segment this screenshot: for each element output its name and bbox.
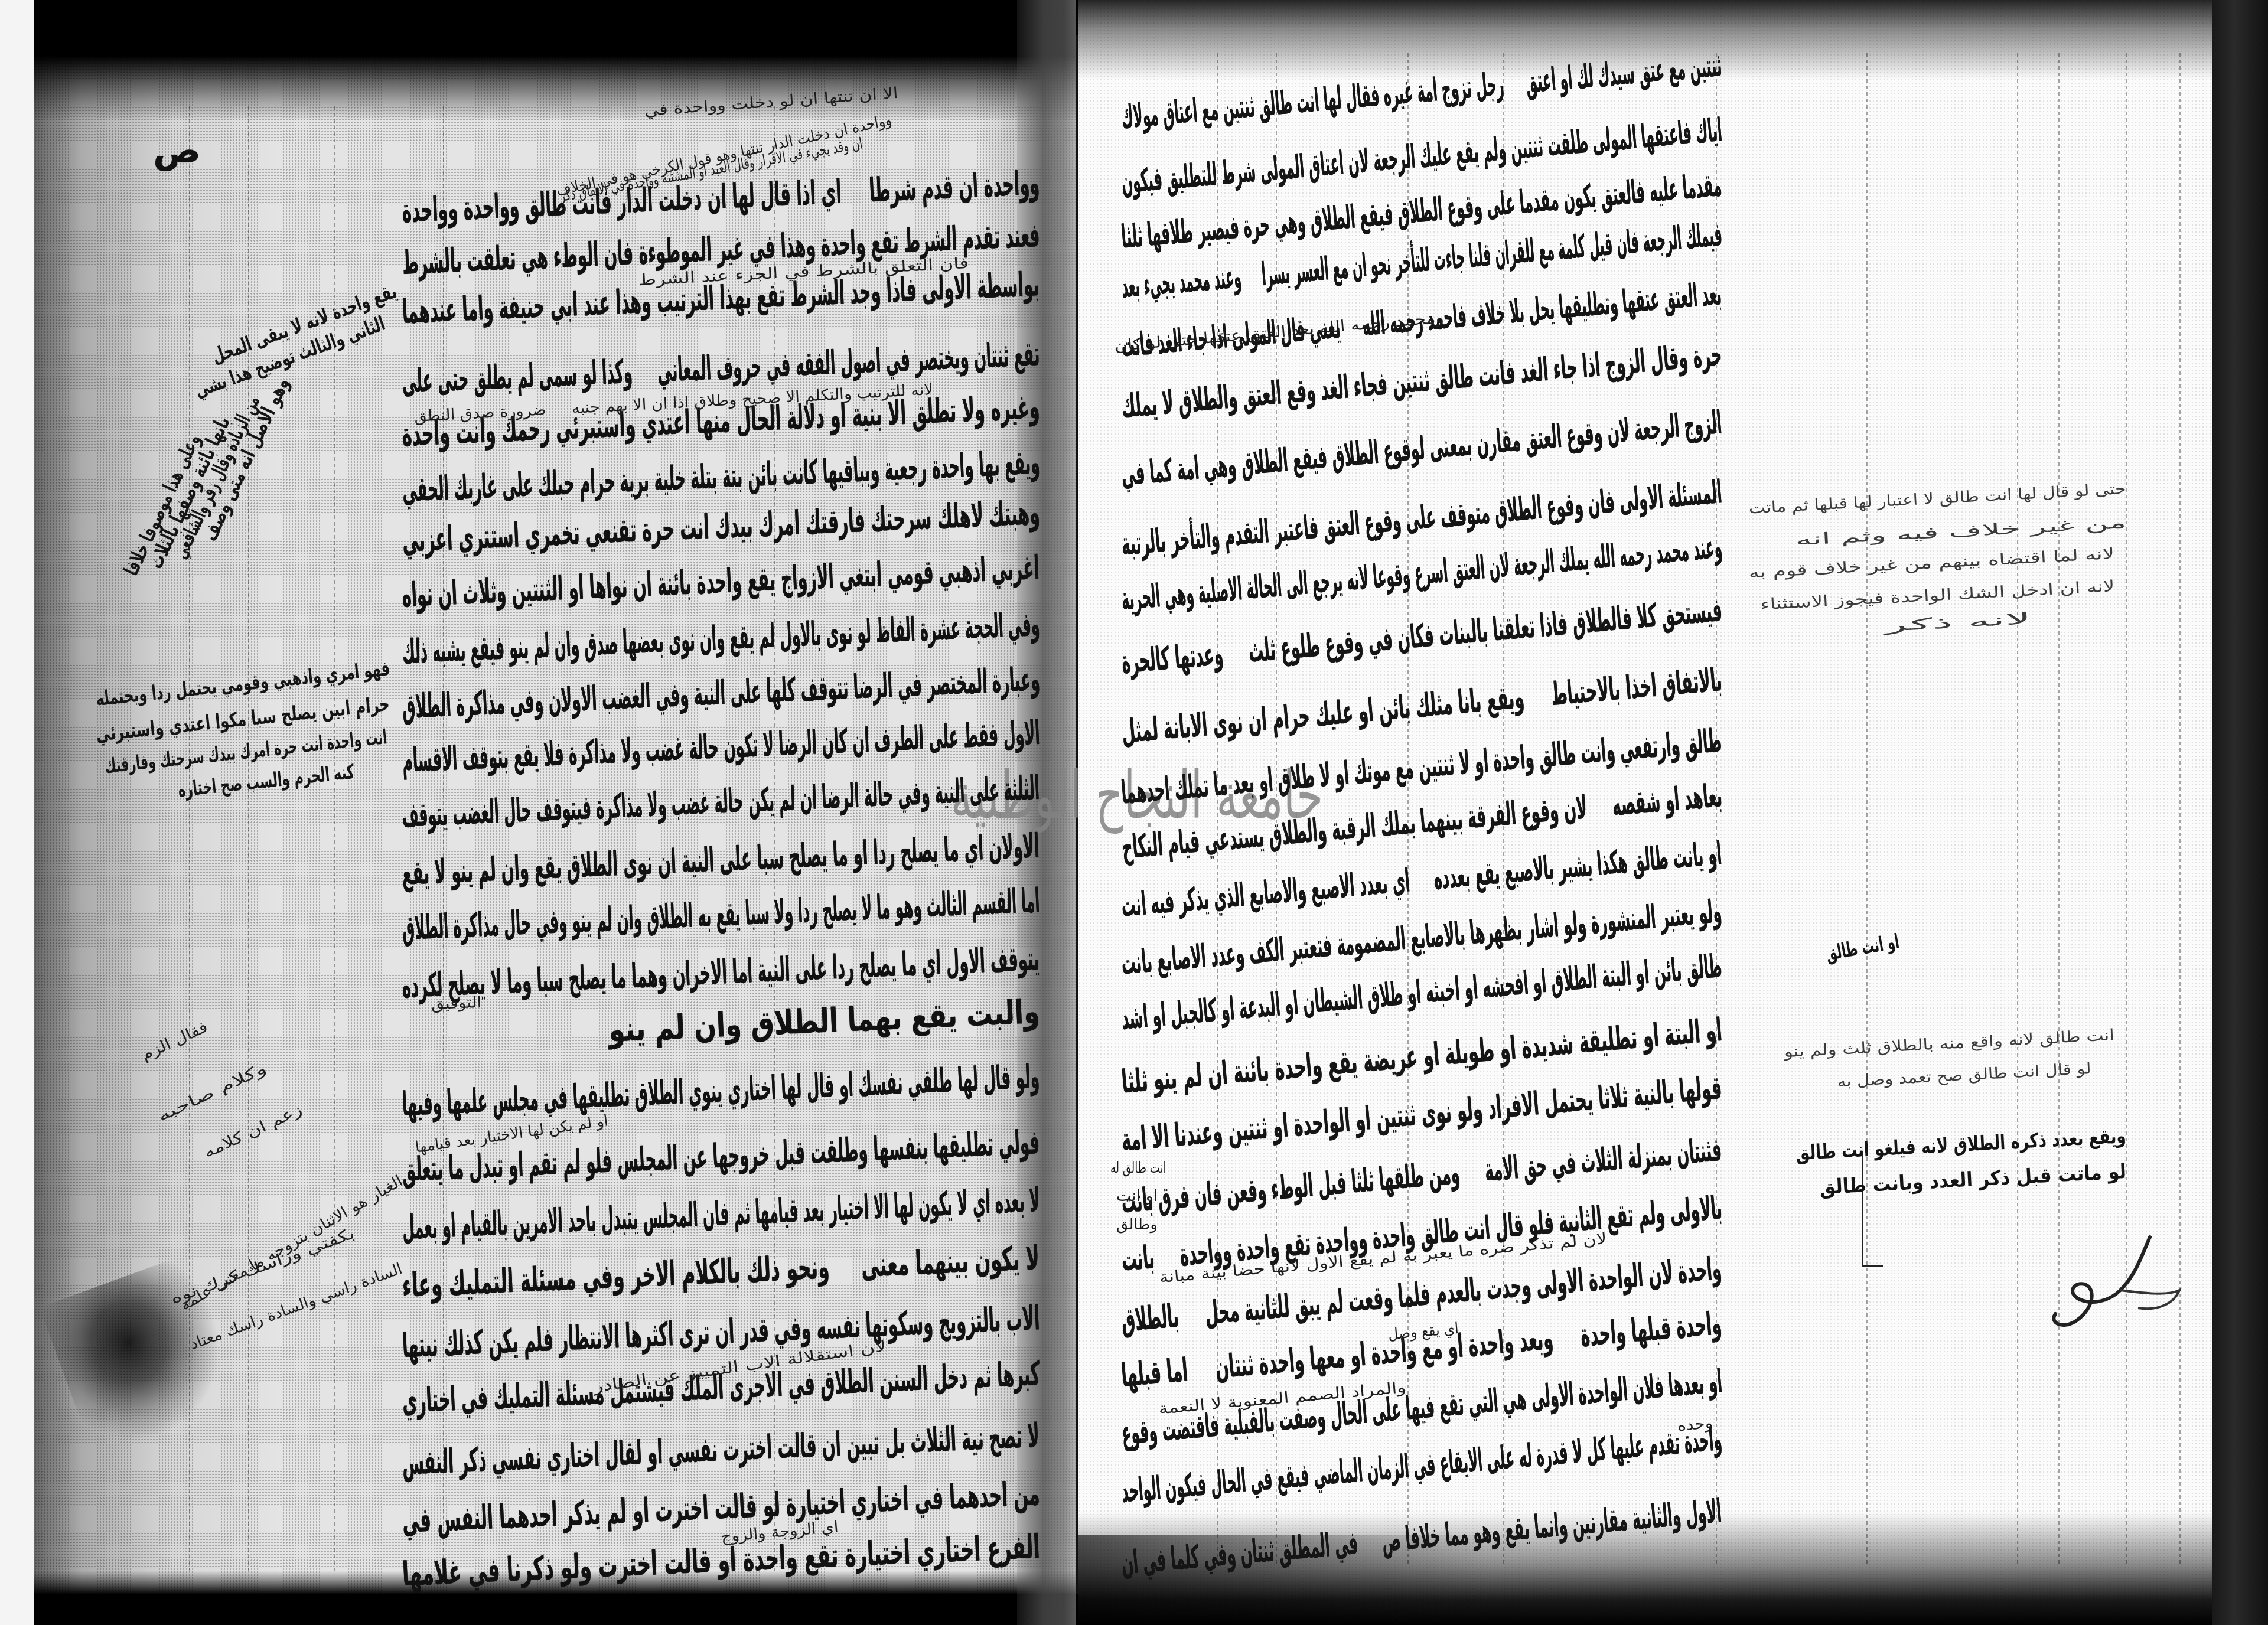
folio-mark-text: ص: [153, 127, 201, 174]
note-text: التوفيق: [431, 992, 482, 1015]
note-text: وطالق: [1116, 1214, 1158, 1235]
spine-side-note: او انت: [1116, 1186, 1158, 1207]
spine-side-note: انت طالق له: [1110, 1157, 1166, 1179]
inline-mark-tawfiq: التوفيق: [431, 992, 481, 1015]
scan-ruling-line: [2017, 53, 2018, 1565]
margin-bracket-line: [1862, 1151, 1863, 1267]
scan-ruling-line: [248, 106, 249, 1571]
scan-ruling-line: [1866, 53, 1868, 1565]
right-page-edge-shadow: [2212, 0, 2268, 1625]
left-page-top-shadow: [34, 0, 1080, 124]
note-text: وحده: [1677, 1412, 1714, 1437]
right-interlinear-note: وحده: [1677, 1412, 1714, 1437]
scan-ruling-line: [2126, 53, 2127, 1565]
folio-mark: ص: [148, 127, 201, 174]
spine-side-note: وطالق: [1116, 1214, 1158, 1235]
note-text: او انت: [1116, 1186, 1158, 1207]
margin-bracket-foot: [1862, 1265, 1883, 1267]
note-text: انت طالق له: [1110, 1157, 1166, 1179]
scan-ruling-line: [2058, 53, 2060, 1565]
scan-ruling-line: [2179, 53, 2181, 1565]
scan-left-margin-strip: [0, 0, 34, 1625]
ink-flourish-icon: [2032, 1234, 2185, 1334]
